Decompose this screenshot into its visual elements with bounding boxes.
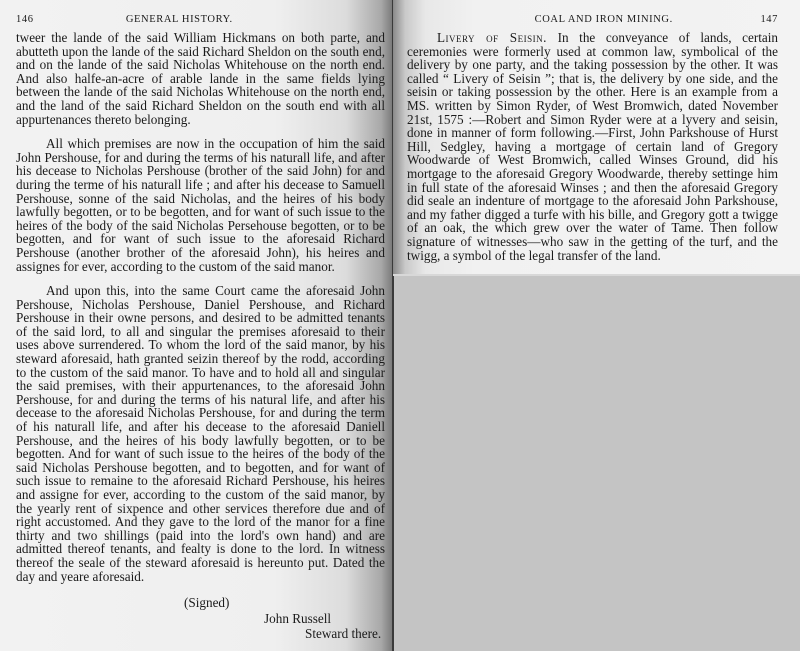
paragraph: And upon this, into the same Court came … <box>16 284 385 583</box>
right-page: Coal and Iron Mining. 147 Livery of Seis… <box>393 0 800 276</box>
signatory-role: Steward there. <box>305 626 381 641</box>
right-page-number: 147 <box>760 14 778 25</box>
left-running-title: General History. <box>34 14 385 25</box>
left-running-head: 146 General History. <box>16 14 385 30</box>
signed-label: (Signed) <box>184 595 229 610</box>
signature-block: (Signed) John Russell Steward there. <box>16 595 385 645</box>
right-running-title: Coal and Iron Mining. <box>407 14 760 25</box>
right-running-head: Coal and Iron Mining. 147 <box>407 14 778 30</box>
left-page-body: tweer the lande of the said William Hick… <box>16 31 385 583</box>
book-spread: 146 General History. tweer the lande of … <box>0 0 800 651</box>
paragraph: Livery of Seisin. In the conveyance of l… <box>407 31 778 262</box>
paragraph-text: In the conveyance of lands, certain cere… <box>407 30 778 263</box>
signatory-name: John Russell <box>264 611 331 626</box>
left-page-number: 146 <box>16 14 34 25</box>
left-page: 146 General History. tweer the lande of … <box>0 0 393 651</box>
right-page-body: Livery of Seisin. In the conveyance of l… <box>407 31 778 262</box>
paragraph: tweer the lande of the said William Hick… <box>16 31 385 126</box>
paragraph: All which premises are now in the occupa… <box>16 137 385 273</box>
